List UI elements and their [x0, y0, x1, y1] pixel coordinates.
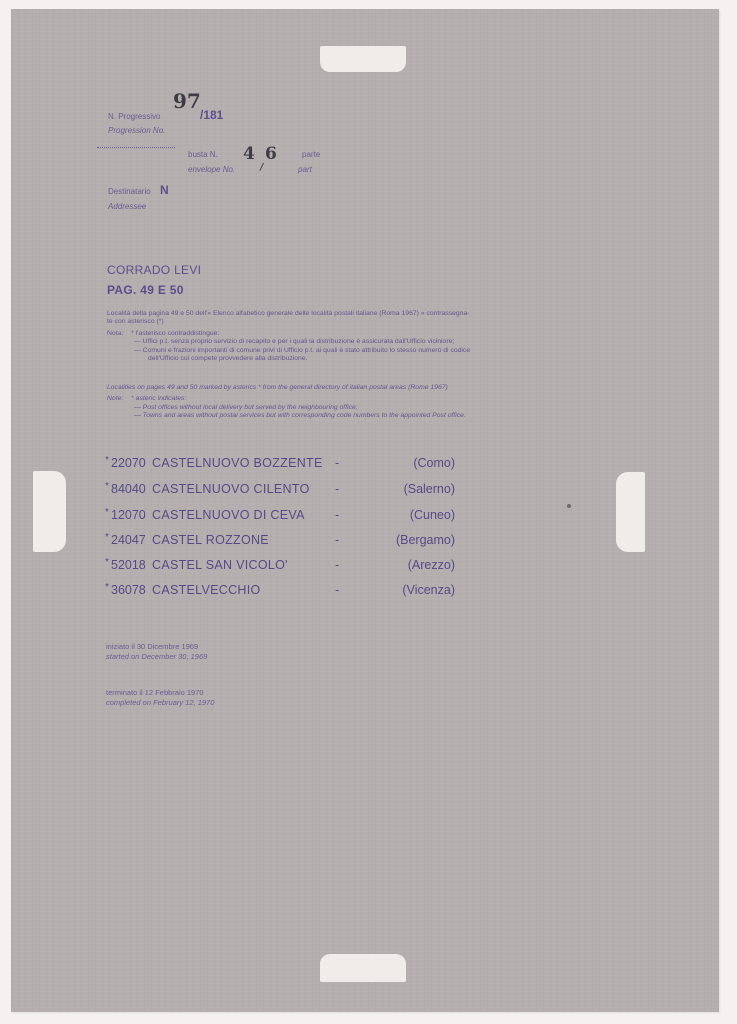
destinatario-value: N	[160, 183, 169, 197]
intro-line: Località della pagina 49 e 50 dell'« Ele…	[107, 310, 470, 318]
started-italian: iniziato il 30 Dicembre 1969	[106, 642, 207, 652]
paper-speck	[567, 504, 571, 508]
province: (Como)	[413, 456, 455, 470]
note-line: — Towns and areas without postal service…	[107, 412, 466, 420]
nota-line: * l'asterisco contraddistingue:	[125, 330, 219, 337]
separator: -	[335, 583, 339, 597]
postal-code: 12070	[111, 508, 146, 522]
slash-mark: /	[260, 163, 263, 173]
dotted-line	[97, 147, 175, 148]
postal-code: 22070	[111, 456, 146, 470]
province: (Cuneo)	[410, 508, 455, 522]
list-item: * 12070 CASTELNUOVO DI CEVA - (Cuneo)	[105, 508, 455, 524]
postal-code: 84040	[111, 482, 146, 496]
author-heading: CORRADO LEVI	[107, 263, 201, 277]
note-line: — Post offices without local delivery bu…	[107, 404, 466, 412]
progressivo-total: /181	[200, 108, 223, 122]
locality-name: CASTELNUOVO CILENTO	[152, 482, 310, 496]
locality-name: CASTELVECCHIO	[152, 583, 261, 597]
list-item: * 36078 CASTELVECCHIO - (Vicenza)	[105, 583, 455, 599]
postal-code: 52018	[111, 558, 146, 572]
list-item: * 24047 CASTEL ROZZONE - (Bergamo)	[105, 533, 455, 549]
progressivo-number: 97	[173, 89, 201, 113]
started-english: started on December 30, 1969	[106, 652, 207, 662]
locality-name: CASTEL SAN VICOLO'	[152, 558, 288, 572]
separator: -	[335, 558, 339, 572]
bottom-punch-notch	[320, 954, 406, 982]
progression-label: Progression No.	[108, 126, 165, 135]
province: (Vicenza)	[402, 583, 455, 597]
nota-line: — Comuni e frazioni importanti di comune…	[107, 347, 470, 355]
nota-line: — Uffici p.t. senza proprio servizio di …	[107, 338, 470, 346]
list-item: * 84040 CASTELNUOVO CILENTO - (Salerno)	[105, 482, 455, 498]
envelope-label: envelope No.	[188, 165, 235, 174]
completed-english: completed on February 12, 1970	[106, 698, 214, 708]
start-date: iniziato il 30 Dicembre 1969 started on …	[106, 642, 207, 662]
asterisk: *	[105, 455, 109, 466]
asterisk: *	[105, 582, 109, 593]
list-item: * 22070 CASTELNUOVO BOZZENTE - (Como)	[105, 456, 455, 472]
nota-line: dell'Ufficio cui compete provvedere alla…	[107, 355, 470, 363]
separator: -	[335, 508, 339, 522]
busta-number: 4	[243, 144, 255, 164]
progressivo-label: N. Progressivo	[108, 112, 160, 121]
separator: -	[335, 482, 339, 496]
nota-row: Nota: * l'asterisco contraddistingue:	[107, 330, 470, 338]
busta-label: busta N.	[188, 150, 218, 159]
asterisk: *	[105, 481, 109, 492]
list-item: * 52018 CASTEL SAN VICOLO' - (Arezzo)	[105, 558, 455, 574]
locality-name: CASTELNUOVO DI CEVA	[152, 508, 305, 522]
nota-label: Nota:	[107, 330, 123, 337]
postal-code: 24047	[111, 533, 146, 547]
asterisk: *	[105, 507, 109, 518]
locality-name: CASTEL ROZZONE	[152, 533, 269, 547]
note-label: Note:	[107, 395, 123, 402]
destinatario-label: Destinatario	[108, 187, 151, 196]
end-date: terminato il 12 Febbraio 1970 completed …	[106, 688, 214, 708]
province: (Bergamo)	[396, 533, 455, 547]
pages-heading: PAG. 49 E 50	[107, 283, 184, 297]
parte-label: parte	[302, 150, 320, 159]
parte-number: 6	[265, 144, 277, 164]
note-line: * asteric indicates:	[125, 395, 186, 402]
top-punch-notch	[320, 46, 406, 72]
locality-name: CASTELNUOVO BOZZENTE	[152, 456, 323, 470]
asterisk: *	[105, 532, 109, 543]
left-punch-notch	[33, 471, 66, 552]
addressee-label: Addressee	[108, 202, 146, 211]
separator: -	[335, 456, 339, 470]
postal-code: 36078	[111, 583, 146, 597]
part-label: part	[298, 165, 312, 174]
notes-italian: Località della pagina 49 e 50 dell'« Ele…	[107, 310, 470, 363]
intro-line: Localities on pages 49 and 50 marked by …	[107, 384, 466, 392]
right-punch-notch	[616, 472, 645, 552]
province: (Arezzo)	[408, 558, 455, 572]
notes-english: Localities on pages 49 and 50 marked by …	[107, 384, 466, 421]
intro-line: te con asterisco (*)	[107, 318, 470, 326]
note-row: Note: * asteric indicates:	[107, 395, 466, 403]
completed-italian: terminato il 12 Febbraio 1970	[106, 688, 214, 698]
province: (Salerno)	[404, 482, 455, 496]
asterisk: *	[105, 557, 109, 568]
separator: -	[335, 533, 339, 547]
